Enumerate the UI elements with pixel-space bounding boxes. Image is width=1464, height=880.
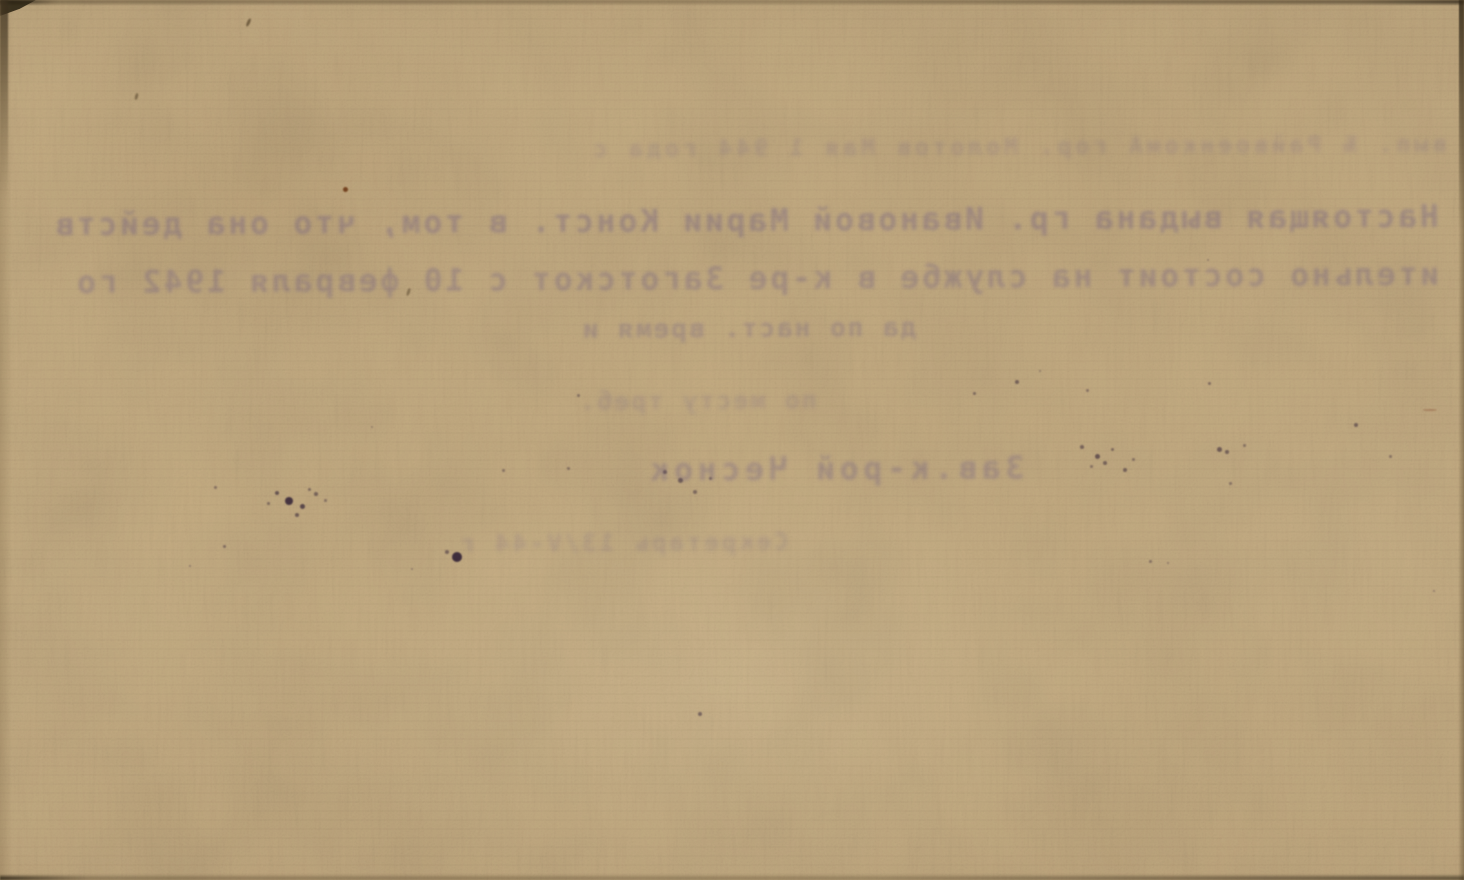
scan-edge-left — [0, 0, 12, 880]
scan-edge-top — [0, 0, 1464, 6]
scan-vignette — [0, 0, 1464, 880]
scan-edge-right — [1458, 0, 1464, 880]
scanned-document-page: вып. № РайвоенкомА гор. Молотов Мая 1 94… — [0, 0, 1464, 880]
scan-edge-bottom — [0, 874, 1464, 880]
